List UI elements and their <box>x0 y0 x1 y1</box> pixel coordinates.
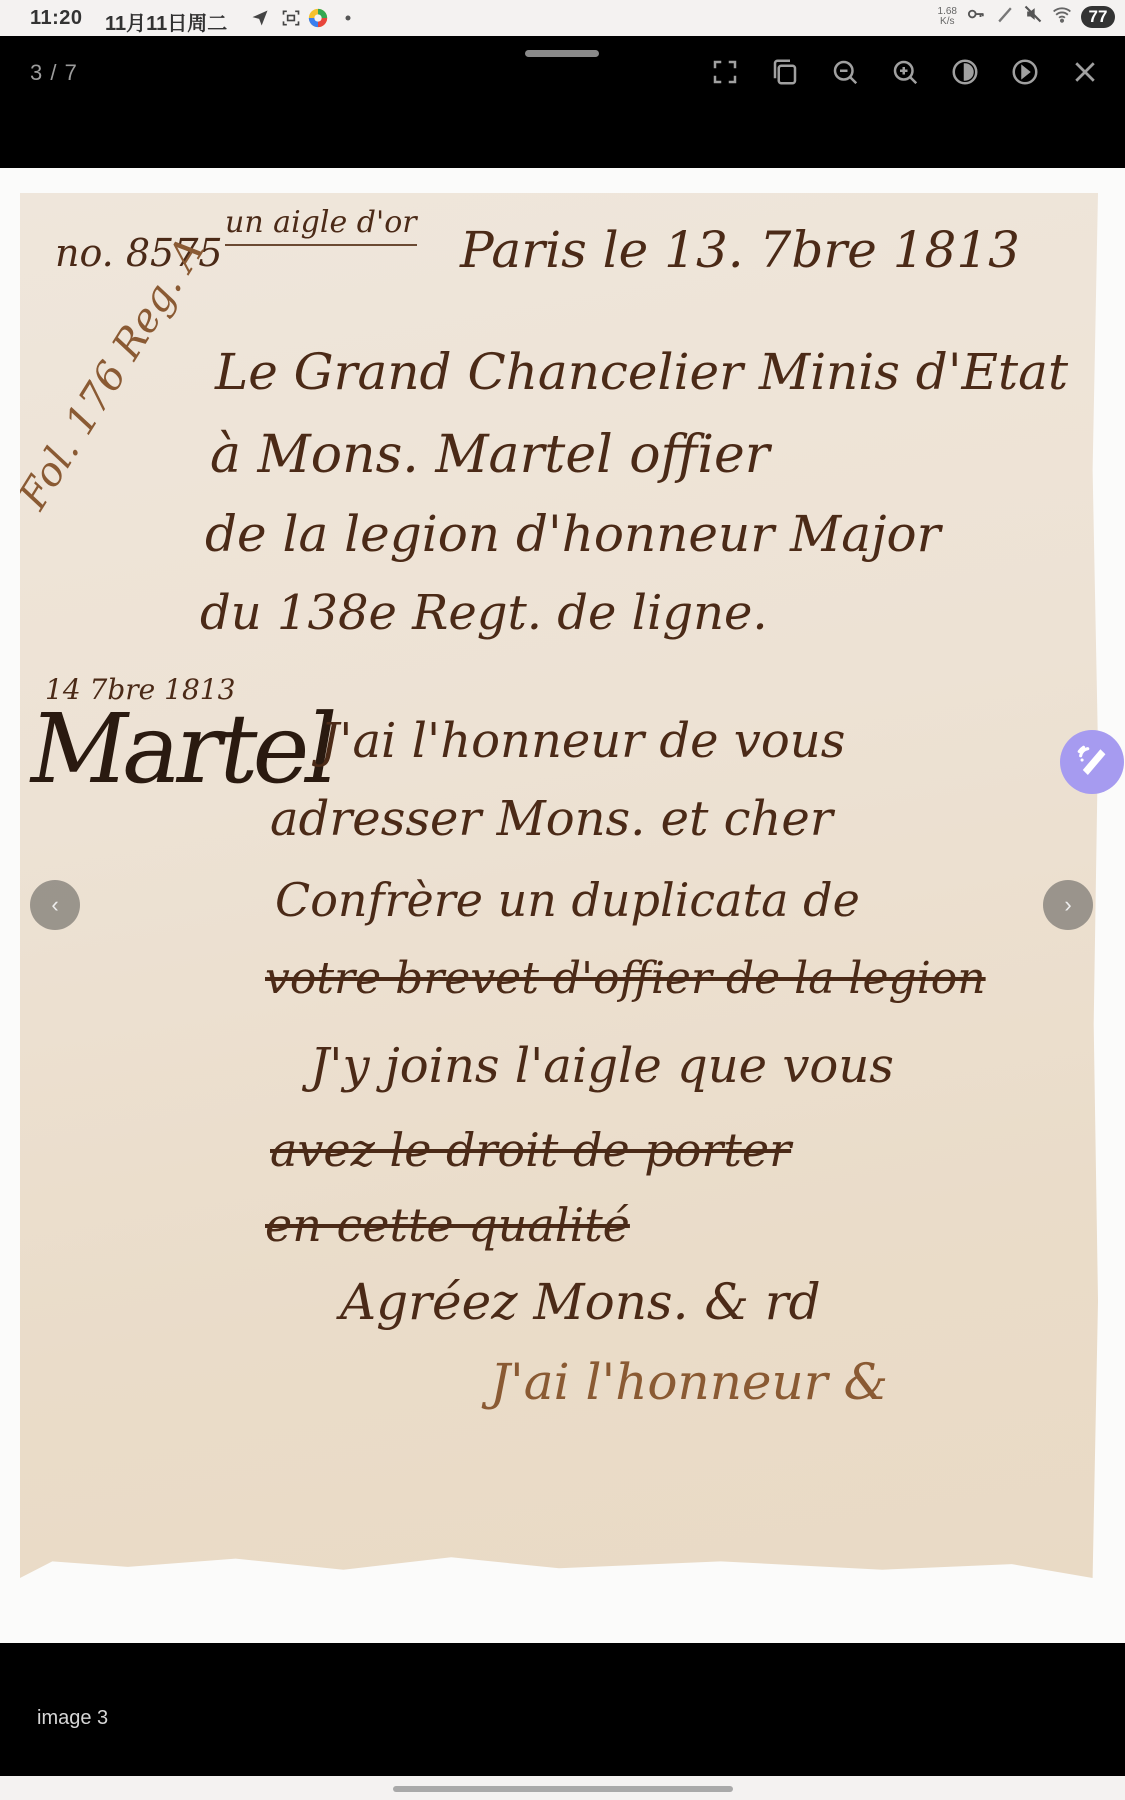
letter-line: de la legion d'honneur Major <box>205 505 941 563</box>
chevron-right-icon: › <box>1064 892 1071 918</box>
letter-line: J'y joins l'aigle que vous <box>310 1038 894 1094</box>
letter-line: Confrère un duplicata de <box>275 873 860 927</box>
slideshow-button[interactable] <box>1005 54 1045 94</box>
letter-closing: J'ai l'honneur & <box>490 1353 888 1411</box>
zoom-in-icon <box>890 57 920 92</box>
key-icon <box>965 5 987 29</box>
viewer-toolbar <box>705 54 1105 94</box>
stylus-pen-button[interactable] <box>1060 730 1124 794</box>
stylus-pen-icon <box>1075 743 1109 782</box>
pen-icon <box>995 4 1015 30</box>
contrast-button[interactable] <box>945 54 985 94</box>
drag-handle[interactable] <box>525 50 599 57</box>
mute-icon <box>1023 4 1043 30</box>
chevron-left-icon: ‹ <box>51 892 58 918</box>
letter-line: à Mons. Martel offier <box>210 425 770 485</box>
manuscript-letter: no. 8575 un aigle d'or Paris le 13. 7bre… <box>20 193 1098 1578</box>
letter-line: Le Grand Chancelier Minis d'Etat <box>215 343 1068 401</box>
close-button[interactable] <box>1065 54 1105 94</box>
notification-dot-icon <box>336 6 360 30</box>
letter-line: du 138e Regt. de ligne. <box>200 585 768 641</box>
next-image-button[interactable]: › <box>1043 880 1093 930</box>
copy-button[interactable] <box>765 54 805 94</box>
annotation-top: un aigle d'or <box>225 205 417 246</box>
wifi-icon <box>1051 4 1073 30</box>
viewer-header: 3 / 7 <box>0 36 1125 168</box>
fullscreen-button[interactable] <box>705 54 745 94</box>
letter-line: J'ai l'honneur de vous <box>320 713 845 769</box>
page-counter: 3 / 7 <box>30 60 78 86</box>
fullscreen-icon <box>710 57 740 92</box>
contrast-icon <box>950 57 980 92</box>
image-caption: image 3 <box>37 1707 108 1730</box>
screenshot-icon <box>279 6 303 30</box>
status-date: 11月11日周二 <box>105 7 227 36</box>
zoom-out-button[interactable] <box>825 54 865 94</box>
network-speed: 1.68 K/s <box>938 7 957 27</box>
letter-line: avez le droit de porter <box>270 1123 791 1177</box>
battery-indicator: 77 <box>1081 6 1115 28</box>
previous-image-button[interactable]: ‹ <box>30 880 80 930</box>
letter-line: en cette qualité <box>265 1198 630 1252</box>
status-bar: 11:20 11月11日周二 1.68 K/s 77 <box>0 0 1125 36</box>
margin-signature: Martel <box>20 693 343 805</box>
letter-line: votre brevet d'offier de la legion <box>265 953 986 1004</box>
copy-icon <box>770 57 800 92</box>
app-logo-icon <box>306 6 330 30</box>
letter-line: Agréez Mons. & rd <box>340 1273 821 1331</box>
place-date: Paris le 13. 7bre 1813 <box>460 221 1020 279</box>
letter-line: adresser Mons. et cher <box>270 791 833 847</box>
zoom-out-icon <box>830 57 860 92</box>
zoom-in-button[interactable] <box>885 54 925 94</box>
play-icon <box>1010 57 1040 92</box>
status-time: 11:20 <box>30 7 83 30</box>
close-icon <box>1070 57 1100 92</box>
image-canvas[interactable]: no. 8575 un aigle d'or Paris le 13. 7bre… <box>0 168 1125 1643</box>
viewer-footer: image 3 <box>0 1643 1125 1776</box>
home-indicator[interactable] <box>393 1786 733 1792</box>
navigation-arrow-icon <box>248 6 272 30</box>
